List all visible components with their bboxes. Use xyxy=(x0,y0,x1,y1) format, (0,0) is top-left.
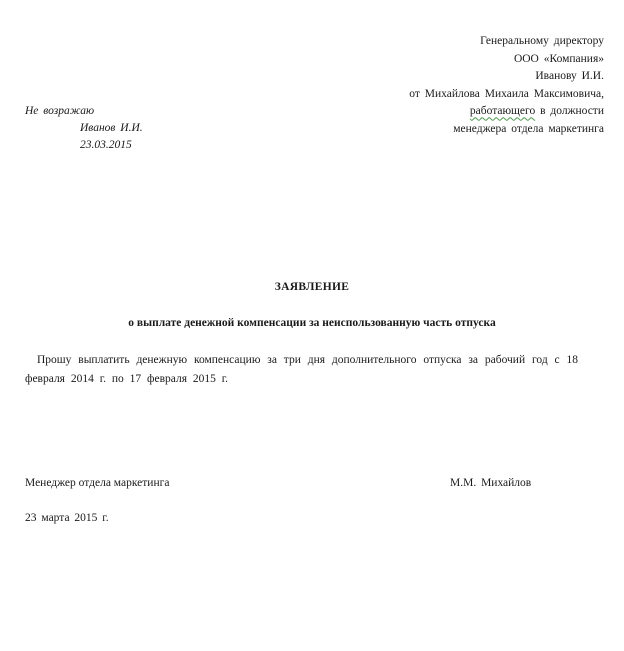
resolution-block: Не возражаю Иванов И.И. 23.03.2015 xyxy=(25,103,143,154)
addressee-line-director-name: Иванову И.И. xyxy=(409,68,604,86)
addressee-block: Генеральному директору ООО «Компания» Ив… xyxy=(409,33,604,139)
addressee-line-employment-rest: в должности xyxy=(540,105,604,117)
document-page: Генеральному директору ООО «Компания» Ив… xyxy=(0,0,624,651)
resolution-text: Не возражаю xyxy=(25,103,143,120)
addressee-line-from: от Михайлова Михаила Максимовича, xyxy=(409,86,604,104)
signature-name: М.М. Михайлов xyxy=(450,477,531,489)
document-title: ЗАЯВЛЕНИЕ xyxy=(0,281,624,293)
document-subtitle: о выплате денежной компенсации за неиспо… xyxy=(0,317,624,329)
addressee-line-employment: работающего в должности xyxy=(409,103,604,121)
addressee-line-position: Генеральному директору xyxy=(409,33,604,51)
spellcheck-flagged-word: работающего xyxy=(470,105,535,117)
resolution-signer: Иванов И.И. xyxy=(25,120,143,137)
addressee-line-company: ООО «Компания» xyxy=(409,51,604,69)
document-body: Прошу выплатить денежную компенсацию за … xyxy=(25,351,578,389)
signature-position: Менеджер отдела маркетинга xyxy=(25,477,169,489)
addressee-line-department: менеджера отдела маркетинга xyxy=(409,121,604,139)
signature-date: 23 марта 2015 г. xyxy=(25,512,109,524)
resolution-date: 23.03.2015 xyxy=(25,137,143,154)
